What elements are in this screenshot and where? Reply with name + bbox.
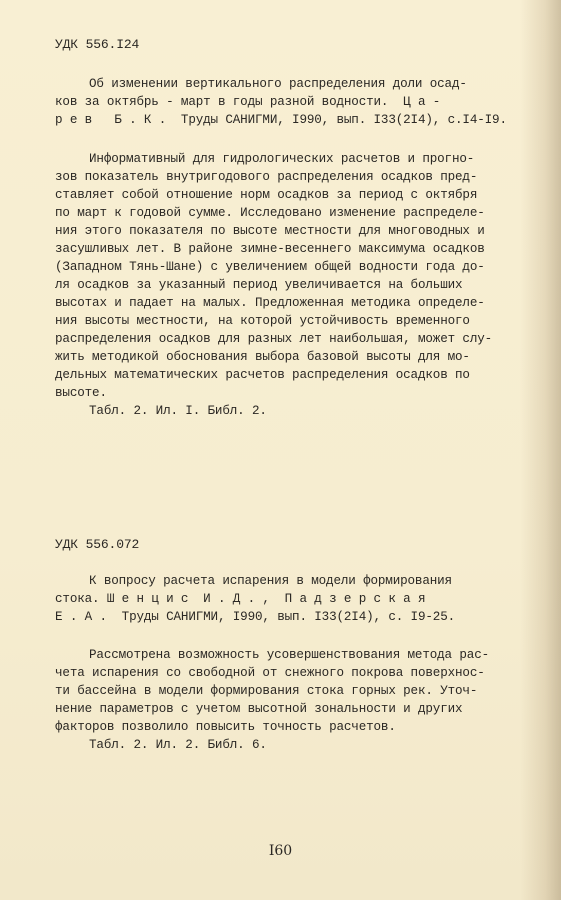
body-line: Рассмотрена возможность усовершенствован… bbox=[89, 646, 489, 664]
abstract-title-line: Об изменении вертикального распределения… bbox=[89, 75, 467, 93]
body-line: ния высоты местности, на которой устойчи… bbox=[55, 312, 470, 330]
body-line: жить методикой обоснования выбора базово… bbox=[55, 348, 470, 366]
body-line: факторов позволило повысить точность рас… bbox=[55, 718, 396, 736]
author-line: стока. Ш е н ц и с И . Д . , П а д з е р… bbox=[55, 590, 425, 608]
body-line: высотах и падает на малых. Предложенная … bbox=[55, 294, 485, 312]
body-line: нение параметров с учетом высотной зонал… bbox=[55, 700, 462, 718]
body-line: чета испарения со свободной от снежного … bbox=[55, 664, 485, 682]
citation-line: р е в Б . К . Труды САНИГМИ, I990, вып. … bbox=[55, 111, 507, 129]
body-line: (Западном Тянь-Шане) с увеличением общей… bbox=[55, 258, 485, 276]
body-line: ния этого показателя по высоте местности… bbox=[55, 222, 485, 240]
body-line: ти бассейна в модели формирования стока … bbox=[55, 682, 477, 700]
abstract-title-line: ков за октябрь - март в годы разной водн… bbox=[55, 93, 440, 111]
abstract-title-line: К вопросу расчета испарения в модели фор… bbox=[89, 572, 452, 590]
body-line: по март к годовой сумме. Исследовано изм… bbox=[55, 204, 485, 222]
body-line: ставляет собой отношение норм осадков за… bbox=[55, 186, 477, 204]
body-line: Информативный для гидрологических расчет… bbox=[89, 150, 474, 168]
scanned-page: УДК 556.I24 Об изменении вертикального р… bbox=[0, 0, 561, 900]
page-number: I60 bbox=[0, 843, 561, 859]
abstract-footer: Табл. 2. Ил. I. Библ. 2. bbox=[89, 402, 267, 420]
udk-code: УДК 556.072 bbox=[55, 536, 139, 554]
body-line: зов показатель внутригодового распределе… bbox=[55, 168, 477, 186]
udk-code: УДК 556.I24 bbox=[55, 36, 139, 54]
citation-line: Е . А . Труды САНИГМИ, I990, вып. I33(2I… bbox=[55, 608, 455, 626]
abstract-footer: Табл. 2. Ил. 2. Библ. 6. bbox=[89, 736, 267, 754]
body-line: дельных математических расчетов распреде… bbox=[55, 366, 470, 384]
body-line: ля осадков за указанный период увеличива… bbox=[55, 276, 462, 294]
body-line: распределения осадков для разных лет наи… bbox=[55, 330, 492, 348]
body-line: засушливых лет. В районе зимне-весеннего… bbox=[55, 240, 485, 258]
body-line: высоте. bbox=[55, 384, 107, 402]
